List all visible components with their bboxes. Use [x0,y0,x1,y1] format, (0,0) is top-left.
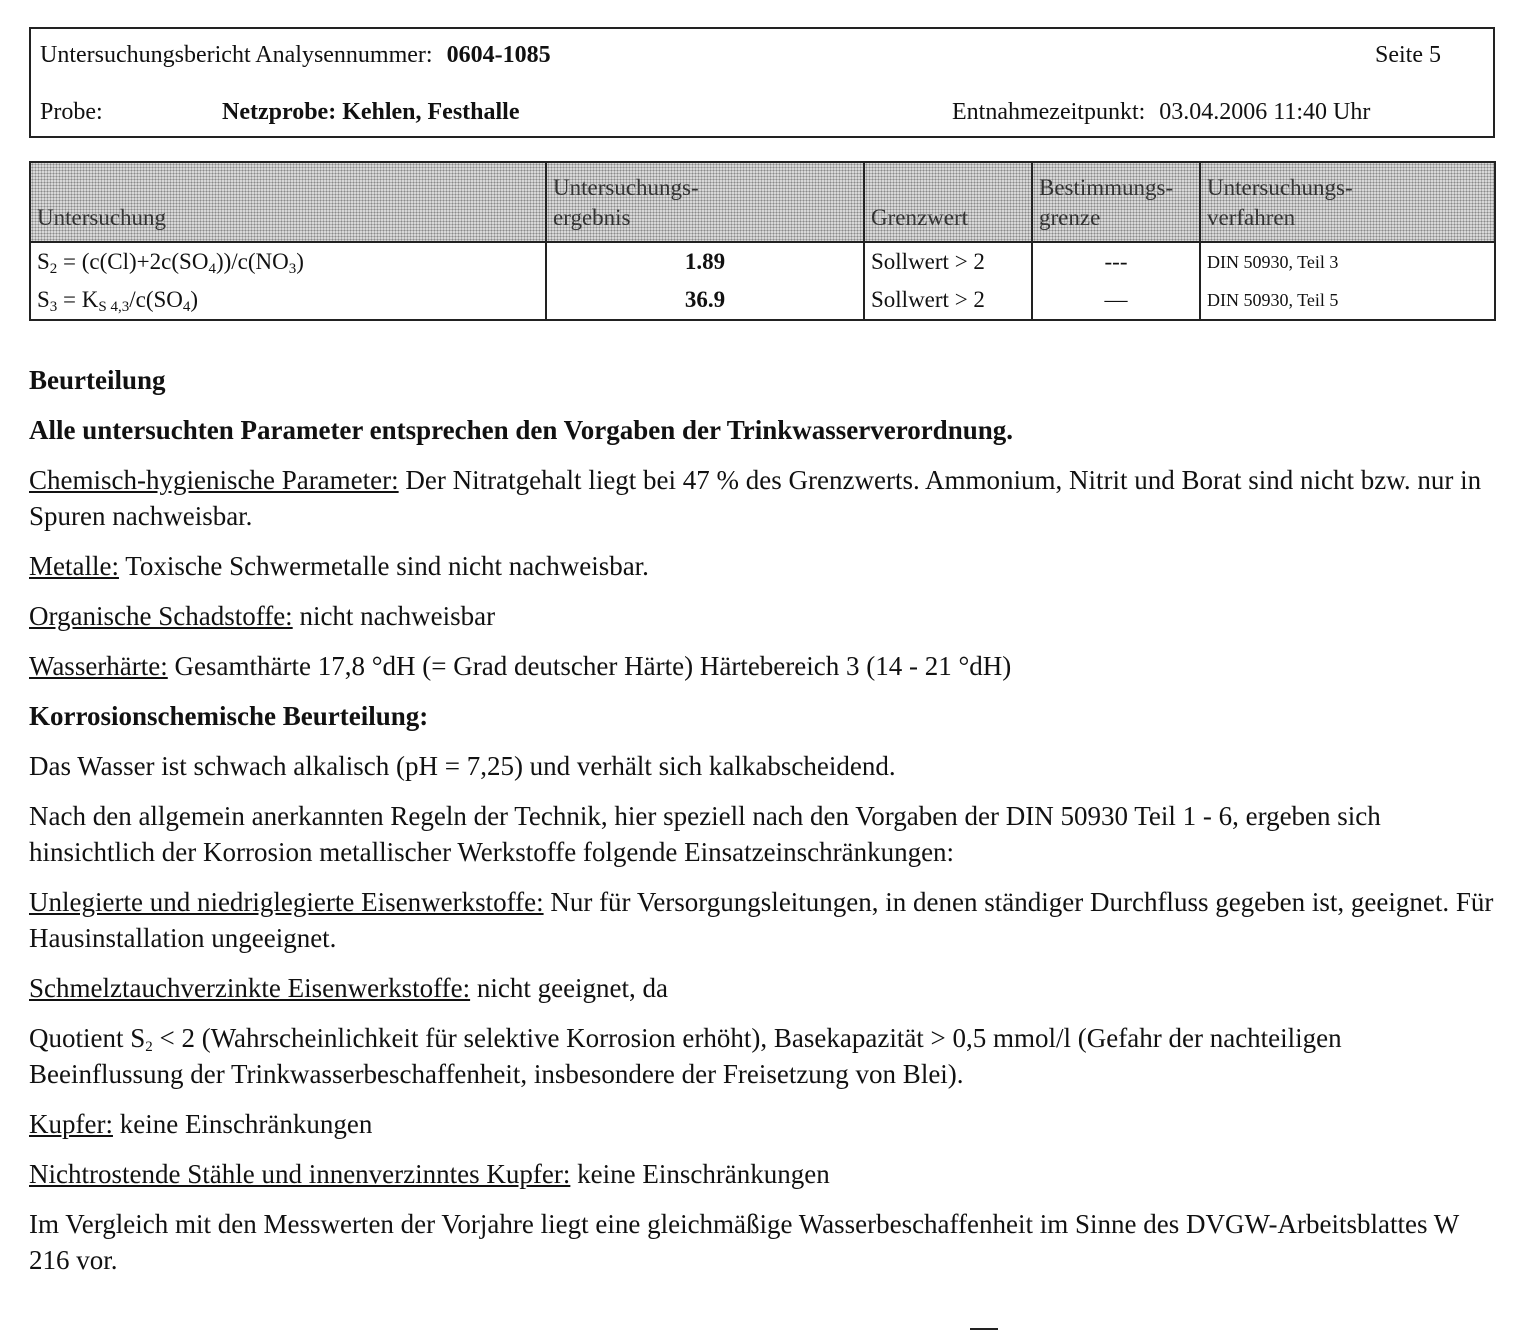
assessment-section: Beurteilung Alle untersuchten Parameter … [29,362,1499,1292]
sample-name: Netzprobe: Kehlen, Festhalle [222,99,520,126]
column-header-parameter: Untersuchung [30,162,546,242]
metals: Metalle: Toxische Schwermetalle sind nic… [29,548,1499,584]
limit-value: Sollwert > 2 [864,281,1032,320]
column-header-limit: Grenzwert [864,162,1032,242]
stainless-steel: Nichtrostende Stähle und innenverzinntes… [29,1156,1499,1192]
column-header-result: Untersuchungs-ergebnis [546,162,864,242]
page-number: Seite 5 [1375,42,1441,69]
copper: Kupfer: keine Einschränkungen [29,1106,1499,1142]
result-value: 1.89 [546,242,864,281]
detection-limit-value: --- [1032,242,1200,281]
column-header-method: Untersuchungs-verfahren [1200,162,1495,242]
table-header-row: Untersuchung Untersuchungs-ergebnis Gren… [30,162,1495,242]
assessment-summary: Alle untersuchten Parameter entsprechen … [29,412,1499,448]
limit-value: Sollwert > 2 [864,242,1032,281]
organic-pollutants: Organische Schadstoffe: nicht nachweisba… [29,598,1499,634]
ph-statement: Das Wasser ist schwach alkalisch (pH = 7… [29,748,1499,784]
results-table: Untersuchung Untersuchungs-ergebnis Gren… [29,161,1496,321]
footer-mark [970,1328,998,1330]
sampling-time: Entnahmezeitpunkt: 03.04.2006 11:40 Uhr [952,99,1370,126]
column-header-detection-limit: Bestimmungs-grenze [1032,162,1200,242]
din-rules: Nach den allgemein anerkannten Regeln de… [29,798,1499,870]
iron-materials: Unlegierte und niedriglegierte Eisenwerk… [29,884,1499,956]
sample-label: Probe: [40,99,103,126]
detection-limit-value: — [1032,281,1200,320]
table-row: S2 = (c(Cl)+2c(SO4))/c(NO3) 1.89 Sollwer… [30,242,1495,281]
result-value: 36.9 [546,281,864,320]
corrosion-heading: Korrosionschemische Beurteilung: [29,698,1499,734]
method-value: DIN 50930, Teil 3 [1200,242,1495,281]
water-hardness: Wasserhärte: Gesamthärte 17,8 °dH (= Gra… [29,648,1499,684]
sampling-time-label: Entnahmezeitpunkt: [952,99,1145,125]
quotient-statement: Quotient S2 < 2 (Wahrscheinlichkeit für … [29,1020,1499,1092]
table-row: S3 = KS 4,3/c(SO4) 36.9 Sollwert > 2 — D… [30,281,1495,320]
parameter-formula: S3 = KS 4,3/c(SO4) [30,281,546,320]
parameter-formula: S2 = (c(Cl)+2c(SO4))/c(NO3) [30,242,546,281]
analysis-number-label: Untersuchungsbericht Analysennummer: [40,42,433,68]
galvanized-materials: Schmelztauchverzinkte Eisenwerkstoffe: n… [29,970,1499,1006]
sampling-time-value: 03.04.2006 11:40 Uhr [1159,99,1370,125]
report-title: Untersuchungsbericht Analysennummer: 060… [40,42,551,69]
analysis-number: 0604-1085 [447,42,551,68]
conclusion: Im Vergleich mit den Messwerten der Vorj… [29,1206,1499,1278]
chemical-parameters: Chemisch-hygienische Parameter: Der Nitr… [29,462,1499,534]
method-value: DIN 50930, Teil 5 [1200,281,1495,320]
assessment-heading: Beurteilung [29,362,1499,398]
